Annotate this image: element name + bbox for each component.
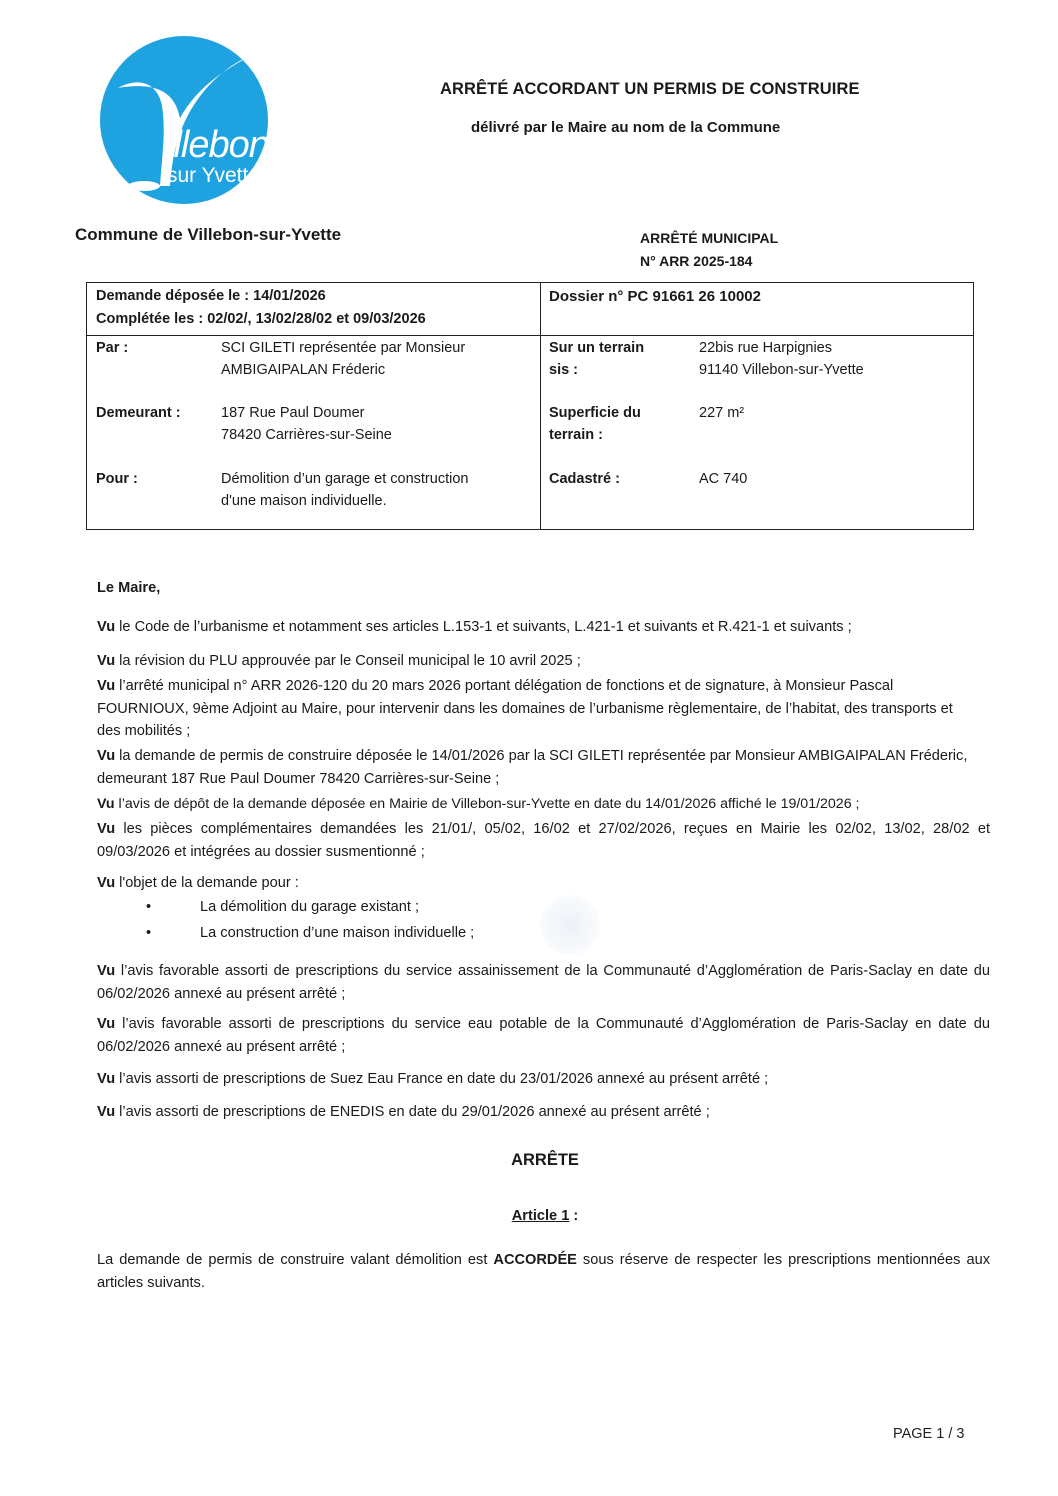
vu-item: Vu le Code de l’urbanisme et notamment s…: [97, 616, 990, 639]
value-cadastre: AC 740: [699, 468, 747, 490]
document-subtitle: délivré par le Maire au nom de la Commun…: [471, 119, 780, 136]
commune-name: Commune de Villebon-sur-Yvette: [75, 225, 341, 245]
vu-keyword: Vu: [97, 1104, 115, 1120]
vu-keyword: Vu: [97, 963, 115, 979]
article-1-heading: Article 1 :: [0, 1208, 1058, 1224]
arrete-type: ARRÊTÉ MUNICIPAL: [640, 230, 778, 246]
vu-item: Vu l’avis de dépôt de la demande déposée…: [97, 793, 990, 816]
article-1-colon: :: [569, 1208, 578, 1224]
vu-text: l’arrêté municipal n° ARR 2026-120 du 20…: [97, 678, 953, 739]
vu-text: les pièces complémentaires demandées les…: [97, 821, 990, 860]
vu-keyword: Vu: [97, 619, 115, 635]
label-cadastre: Cadastré :: [549, 468, 620, 490]
vu-text: le Code de l’urbanisme et notamment ses …: [115, 619, 852, 635]
vu-text: l’avis assorti de prescriptions de ENEDI…: [115, 1104, 710, 1120]
table-divider-vertical: [540, 283, 541, 529]
vu-keyword: Vu: [97, 821, 115, 837]
value-pour-line2: d'une maison individuelle.: [221, 490, 387, 512]
decision-heading: ARRÊTE: [0, 1151, 1058, 1170]
vu-item: Vu l’avis favorable assorti de prescript…: [97, 1013, 990, 1058]
label-terrain-line1: Sur un terrain: [549, 337, 644, 359]
value-par-line2: AMBIGAIPALAN Fréderic: [221, 359, 385, 381]
label-superficie-line2: terrain :: [549, 424, 603, 446]
article-1-decision: ACCORDÉE: [493, 1252, 577, 1268]
bullet-icon: •: [146, 925, 151, 941]
value-demeurant-line2: 78420 Carrières-sur-Seine: [221, 424, 392, 446]
bullet-icon: •: [146, 899, 151, 915]
value-superficie: 227 m²: [699, 402, 744, 424]
vu-text: l’avis favorable assorti de prescription…: [97, 1016, 990, 1055]
vu-keyword: Vu: [97, 653, 115, 669]
logo-text-sur-yvette: sur Yvette: [167, 164, 260, 188]
faint-stamp-mark: [540, 895, 600, 955]
value-pour-line1: Démolition d’un garage et construction: [221, 468, 468, 490]
arrete-number: N° ARR 2025-184: [640, 253, 752, 269]
vu-keyword: Vu: [97, 748, 115, 764]
label-superficie-line1: Superficie du: [549, 402, 641, 424]
label-demeurant: Demeurant :: [96, 402, 181, 424]
object-item: La démolition du garage existant ;: [200, 899, 419, 915]
value-terrain-line1: 22bis rue Harpignies: [699, 337, 832, 359]
deposit-date: Demande déposée le : 14/01/2026: [96, 285, 326, 307]
vu-item: Vu l'objet de la demande pour :: [97, 872, 990, 895]
vu-text: la demande de permis de construire dépos…: [97, 748, 967, 787]
object-item: La construction d’une maison individuell…: [200, 925, 474, 941]
table-divider-horizontal: [87, 335, 973, 336]
vu-item: Vu l’avis assorti de prescriptions de EN…: [97, 1101, 990, 1124]
vu-keyword: Vu: [97, 1016, 115, 1032]
label-par: Par :: [96, 337, 128, 359]
article-1-title: Article 1: [512, 1208, 570, 1224]
vu-text: la révision du PLU approuvée par le Cons…: [115, 653, 581, 669]
vu-keyword: Vu: [97, 875, 115, 891]
vu-item: Vu l’arrêté municipal n° ARR 2026-120 du…: [97, 675, 977, 743]
article-1-text: La demande de permis de construire valan…: [97, 1249, 990, 1294]
vu-keyword: Vu: [97, 678, 115, 694]
logo-text-villebon: illebon: [166, 124, 268, 167]
label-terrain-line2: sis :: [549, 359, 578, 381]
vu-text: l’avis de dépôt de la demande déposée en…: [115, 796, 860, 812]
vu-item: Vu l’avis assorti de prescriptions de Su…: [97, 1068, 990, 1091]
permit-info-table: Demande déposée le : 14/01/2026 Complété…: [86, 282, 974, 530]
vu-item: Vu la demande de permis de construire dé…: [97, 745, 990, 790]
vu-item: Vu l’avis favorable assorti de prescript…: [97, 960, 990, 1005]
vu-text: l’avis assorti de prescriptions de Suez …: [115, 1071, 768, 1087]
vu-item: Vu les pièces complémentaires demandées …: [97, 818, 990, 863]
vu-keyword: Vu: [97, 1071, 115, 1087]
vu-keyword: Vu: [97, 796, 115, 812]
completion-dates: Complétée les : 02/02/, 13/02/28/02 et 0…: [96, 308, 426, 330]
page-number: PAGE 1 / 3: [893, 1426, 964, 1442]
vu-text: l'objet de la demande pour :: [115, 875, 299, 891]
dossier-number: Dossier n° PC 91661 26 10002: [549, 286, 761, 308]
opening-le-maire: Le Maire,: [97, 577, 990, 600]
label-pour: Pour :: [96, 468, 138, 490]
document-title: ARRÊTÉ ACCORDANT UN PERMIS DE CONSTRUIRE: [440, 80, 860, 99]
value-par-line1: SCI GILETI représentée par Monsieur: [221, 337, 465, 359]
vu-item: Vu la révision du PLU approuvée par le C…: [97, 650, 990, 673]
value-demeurant-line1: 187 Rue Paul Doumer: [221, 402, 364, 424]
vu-text: l’avis favorable assorti de prescription…: [97, 963, 990, 1002]
value-terrain-line2: 91140 Villebon-sur-Yvette: [699, 359, 864, 381]
article-1-text-before: La demande de permis de construire valan…: [97, 1252, 493, 1268]
villebon-logo: illebon sur Yvette: [100, 36, 268, 204]
